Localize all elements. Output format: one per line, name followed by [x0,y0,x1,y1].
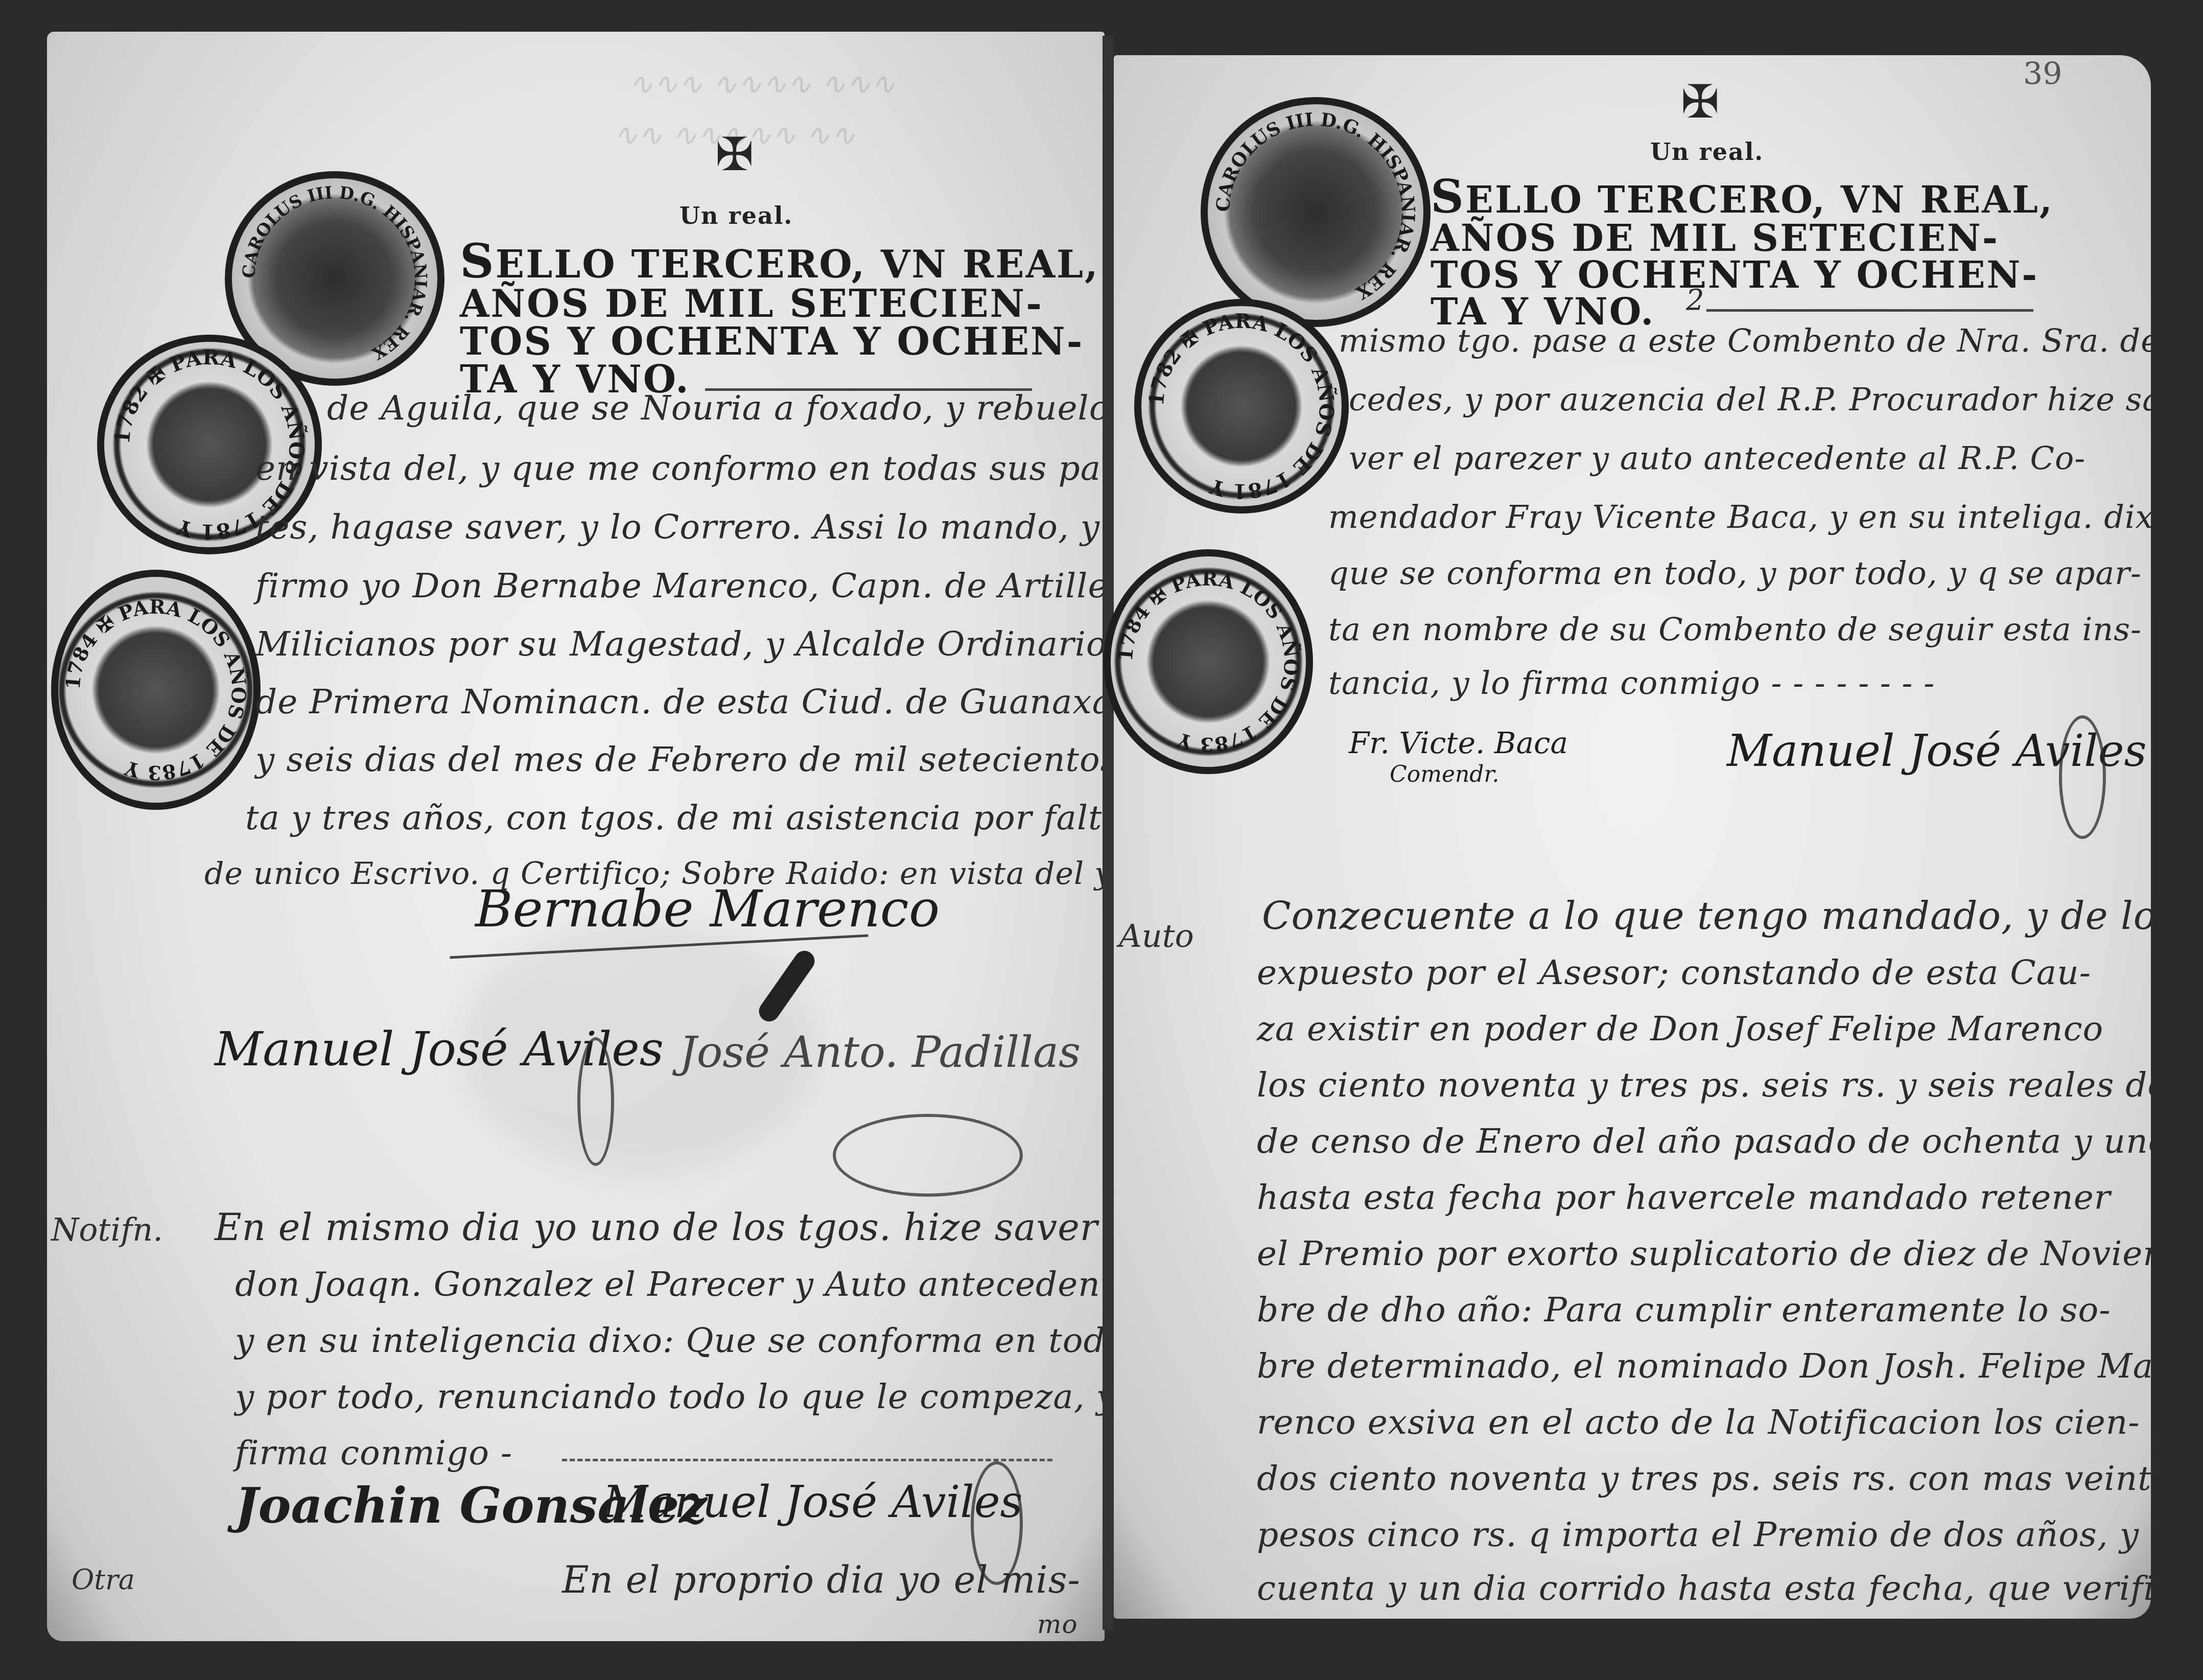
text-line: de censo de Enero del año pasado de oche… [1257,1122,2169,1161]
text-line: En el mismo dia yo uno de los tgos. hize… [215,1206,1133,1249]
text-line: bre determinado, el nominado Don Josh. F… [1257,1346,2165,1386]
margin-note-notificacion: Notifn. [51,1211,163,1248]
text-line: cedes, y por auzencia del R.P. Procurado… [1349,381,2173,418]
folio-number: 39 [2023,56,2062,92]
text-line: y por todo, renunciando todo lo que le c… [235,1377,1159,1416]
stamp-line: SELLO TERCERO, VN REAL, [460,238,1099,285]
text-line: expuesto por el Asesor; constando de est… [1257,953,2091,992]
signature-bernabe-marenco: Bernabe Marenco [475,879,940,939]
text-line: mendador Fray Vicente Baca, y en su inte… [1328,498,2185,535]
signature-jose-padillas: José Anto. Padillas [679,1027,1081,1077]
margin-note-otra: Otra [72,1564,135,1596]
text-line: el Premio por exorto suplicatorio de die… [1257,1234,2187,1273]
stamp-line: AÑOS DE MIL SETECIEN- [460,285,1099,323]
page-gutter [1103,36,1114,1630]
rule-line [1706,309,2033,312]
text-line: en vista del, y que me conformo en todas… [255,449,1130,488]
signature-rubric [577,1037,614,1166]
text-line: mismo tgo. pase a este Combento de Nra. … [1339,322,2203,359]
signature-fr-vicente-baca: Fr. Victe. Baca [1349,726,1568,760]
stamp-line: AÑOS DE MIL SETECIEN- [1431,220,2054,256]
royal-arms-seal: CAROLUS III D.G. HISPANIAR. REX [1201,97,1431,327]
text-line: za existir en poder de Don Josef Felipe … [1257,1009,2103,1048]
habilitation-seal-1784: 1784 ✠ PARA LOS AÑOS DE 1783 Y [51,570,261,810]
text-line: Conzecuente a lo que tengo mandado, y de… [1262,894,2157,938]
seal-legend: 1784 ✠ PARA LOS AÑOS DE 1783 Y [1111,556,1306,767]
signature-manuel-jose-aviles: Manuel José Aviles [603,1477,1023,1528]
text-line: pesos cinco rs. q importa el Premio de d… [1257,1515,2200,1554]
signature-title-comendador: Comendr. [1390,761,1499,787]
stamp-header-text: SELLO TERCERO, VN REAL, AÑOS DE MIL SETE… [1431,174,2054,330]
stamp-line: SELLO TERCERO, VN REAL, [1431,174,2054,220]
seal-legend: 1782 ✠ PARA LOS AÑOS DE 1781 Y [1141,306,1342,506]
signature-rubric [833,1114,1023,1197]
text-line: y seis dias del mes de Febrero de mil se… [255,740,1247,779]
cross-icon: ✠ [715,132,754,178]
habilitation-seal-1782: 1782 ✠ PARA LOS AÑOS DE 1781 Y [1134,299,1349,514]
stamp-line: TOS Y OCHENTA Y OCHEN- [460,323,1099,361]
text-line: ta en nombre de su Combento de seguir es… [1328,611,2142,648]
text-line: don Joaqn. Gonzalez el Parecer y Auto an… [235,1265,1135,1304]
text-line: firmo yo Don Bernabe Marenco, Capn. de A… [255,566,1164,605]
stamp-annotation: 2 [1686,284,1705,317]
habilitation-seal-1784: 1784 ✠ PARA LOS AÑOS DE 1783 Y [1104,549,1313,774]
stamp-header-text: SELLO TERCERO, VN REAL, AÑOS DE MIL SETE… [460,238,1099,399]
text-line: ta y tres años, con tgos. de mi asistenc… [245,798,1123,837]
text-line: firma conmigo - [235,1433,512,1473]
svg-text:CAROLUS III D.G. HISPANIAR. RE: CAROLUS III D.G. HISPANIAR. REX [239,182,431,364]
text-line: ver el parezer y auto antecedente al R.P… [1349,439,2085,477]
text-line: cuenta y un dia corrido hasta esta fecha… [1257,1569,2167,1608]
stamp-line: TOS Y OCHENTA Y OCHEN- [1431,256,2054,293]
text-line: bre de dho año: Para cumplir enteramente… [1257,1290,2111,1329]
seal-legend: CAROLUS III D.G. HISPANIAR. REX [1208,104,1423,320]
stamp-denomination: Un real. [1650,138,1764,166]
text-line: de Aguila, que se Nouria a foxado, y reb… [327,388,1147,428]
text-line: que se conforma en todo, y por todo, y q… [1328,554,2142,592]
text-line: los ciento noventa y tres ps. seis rs. y… [1257,1065,2168,1105]
text-line: Milicianos por su Magestad, y Alcalde Or… [255,624,1107,664]
text-line: renco exsiva en el acto de la Notificaci… [1257,1403,2140,1442]
svg-text:1782 ✠ PARA LOS AÑOS DE 1781 Y: 1782 ✠ PARA LOS AÑOS DE 1781 Y [1145,310,1339,503]
catchword: mo [1037,1609,1078,1639]
text-line: hasta esta fecha por havercele mandado r… [1257,1178,2111,1217]
text-line: tes, hagase saver, y lo Correro. Assi lo… [255,507,1100,547]
svg-text:1784 ✠ PARA LOS AÑOS DE 1783 Y: 1784 ✠ PARA LOS AÑOS DE 1783 Y [1114,568,1303,756]
stamp-denomination: Un real. [679,202,793,229]
text-line: En el proprio dia yo el mis- [562,1558,1081,1601]
dash-filler [562,1459,1052,1461]
margin-note-auto: Auto [1119,917,1194,954]
text-line: y en su inteligencia dixo: Que se confor… [235,1321,1127,1360]
text-line: dos ciento noventa y tres ps. seis rs. c… [1257,1459,2172,1498]
svg-text:1784 ✠ PARA LOS AÑOS DE 1783 Y: 1784 ✠ PARA LOS AÑOS DE 1783 Y [62,596,250,784]
svg-text:CAROLUS III D.G. HISPANIAR. RE: CAROLUS III D.G. HISPANIAR. REX [1212,109,1419,304]
bleed-through-text: ∿∿∿ ∿∿∿∿ ∿∿∿ [628,66,896,101]
seal-legend: 1784 ✠ PARA LOS AÑOS DE 1783 Y [58,577,253,803]
signature-rubric [2059,715,2106,839]
cross-icon: ✠ [1681,79,1719,125]
text-line: tancia, y lo firma conmigo - - - - - - -… [1328,664,1935,702]
